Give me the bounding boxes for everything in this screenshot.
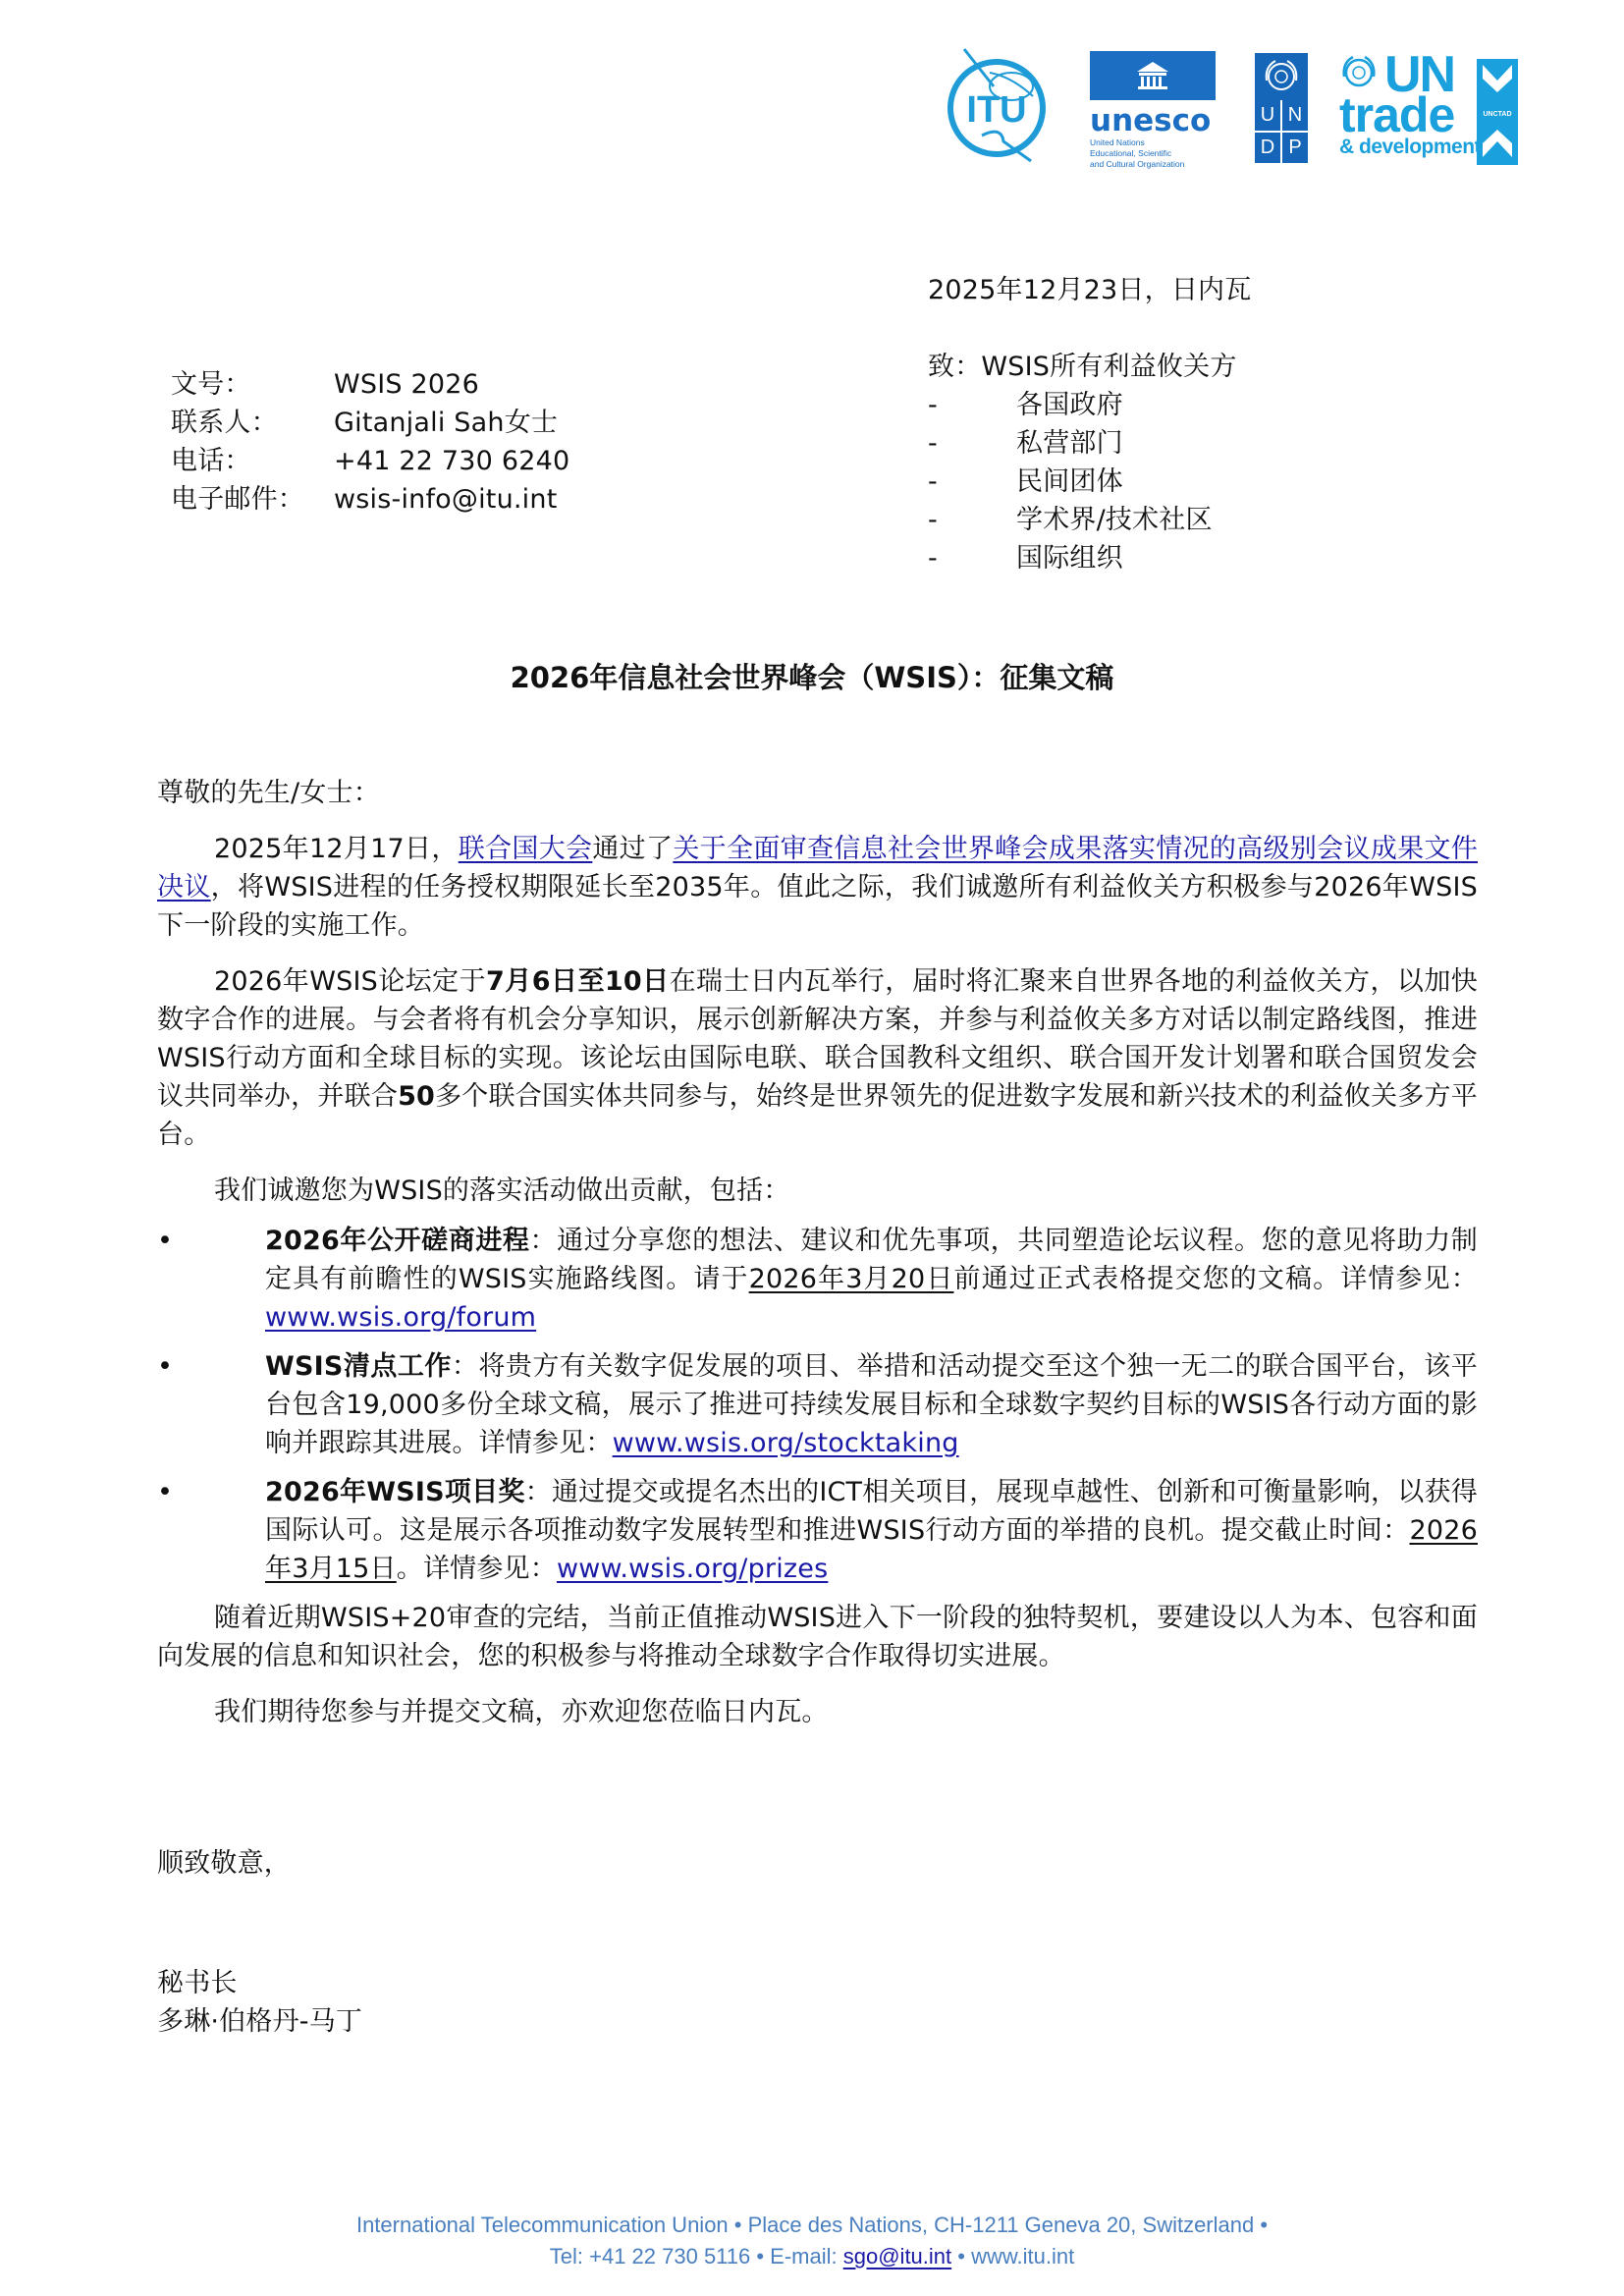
list-item-open-consultation: •2026年公开磋商进程：通过分享您的想法、建议和优先事项，共同塑造论坛议程。您…: [157, 1222, 1478, 1337]
deadline-date: 2026年3月20日: [749, 1264, 954, 1294]
paragraph-resolution: 2025年12月17日，联合国大会通过了关于全面审查信息社会世界峰会成果落实情况…: [157, 830, 1478, 945]
svg-text:ITU: ITU: [966, 89, 1026, 131]
svg-text:UNCTAD: UNCTAD: [1483, 111, 1511, 118]
bullet-icon: •: [157, 1473, 173, 1511]
contact-phone: +41 22 730 6240: [334, 442, 569, 480]
paragraph-invitation: 我们诚邀您为WSIS的落实活动做出贡献，包括：: [157, 1172, 1478, 1210]
un-emblem-icon: [1339, 53, 1379, 92]
un-emblem-icon: [1262, 57, 1301, 96]
phone-row: 电话： +41 22 730 6240: [171, 442, 569, 480]
paragraph-closing: 我们期待您参与并提交文稿，亦欢迎您莅临日内瓦。: [157, 1693, 1478, 1731]
unctad-badge: UNCTAD: [1477, 59, 1518, 165]
recipient-item: -私营部门: [928, 424, 1237, 463]
letterhead-footer: International Telecommunication Union • …: [0, 2210, 1624, 2272]
letter-body: 尊敬的先生/女士： 2025年12月17日，联合国大会通过了关于全面审查信息社会…: [157, 774, 1478, 1731]
contact-row: 联系人： Gitanjali Sah女士: [171, 404, 569, 442]
reference-number: WSIS 2026: [334, 365, 479, 404]
letter-date: 2025年12月23日，日内瓦: [928, 271, 1251, 309]
un-general-assembly-link[interactable]: 联合国大会: [459, 834, 593, 864]
prizes-link[interactable]: www.wsis.org/prizes: [557, 1554, 828, 1584]
signatory-name: 多琳·伯格丹-马丁: [157, 2002, 362, 2041]
contribution-list: •2026年公开磋商进程：通过分享您的想法、建议和优先事项，共同塑造论坛议程。您…: [157, 1222, 1478, 1588]
signature-block: 秘书长 多琳·伯格丹-马丁: [157, 1964, 362, 2041]
signatory-title: 秘书长: [157, 1964, 362, 2002]
recipient-item: -民间团体: [928, 463, 1237, 501]
itu-logo-icon: ITU: [943, 47, 1051, 165]
recipient-item: -国际组织: [928, 539, 1237, 577]
contact-name: Gitanjali Sah女士: [334, 404, 558, 442]
list-item-stocktaking: •WSIS清点工作：将贵方有关数字促发展的项目、举措和活动提交至这个独一无二的联…: [157, 1347, 1478, 1462]
undp-logo: U N D P: [1255, 53, 1308, 163]
stocktaking-link[interactable]: www.wsis.org/stocktaking: [613, 1428, 959, 1458]
list-item-prizes: •2026年WSIS项目奖：通过提交或提名杰出的ICT相关项目，展现卓越性、创新…: [157, 1473, 1478, 1588]
paragraph-forum: 2026年WSIS论坛定于7月6日至10日在瑞士日内瓦举行，届时将汇聚来自世界各…: [157, 962, 1478, 1154]
recipients-heading: 致：WSIS所有利益攸关方: [928, 348, 1237, 386]
footer-email-link[interactable]: sgo@itu.int: [843, 2244, 951, 2269]
bullet-icon: •: [157, 1222, 173, 1260]
reference-row: 文号： WSIS 2026: [171, 365, 569, 404]
unesco-temple-icon: [1090, 51, 1216, 100]
footer-contact: Tel: +41 22 730 5116 • E-mail: sgo@itu.i…: [0, 2241, 1624, 2272]
email-row: 电子邮件： wsis-info@itu.int: [171, 480, 569, 519]
closing-phrase: 顺致敬意，: [157, 1844, 291, 1883]
footer-address: International Telecommunication Union • …: [0, 2210, 1624, 2241]
contact-email: wsis-info@itu.int: [334, 480, 557, 519]
forum-link[interactable]: www.wsis.org/forum: [265, 1302, 536, 1333]
unesco-logo: unesco United Nations Educational, Scien…: [1090, 51, 1216, 170]
paragraph-wsis20: 随着近期WSIS+20审查的完结，当前正值推动WSIS进入下一阶段的独特契机，要…: [157, 1599, 1478, 1675]
recipient-item: -学术界/技术社区: [928, 501, 1237, 539]
forum-dates: 7月6日至10日: [486, 966, 670, 997]
letter-title: 2026年信息社会世界峰会（WSIS）：征集文稿: [0, 656, 1624, 696]
recipients-block: 致：WSIS所有利益攸关方 -各国政府 -私营部门 -民间团体 -学术界/技术社…: [928, 348, 1237, 577]
recipient-item: -各国政府: [928, 386, 1237, 424]
reference-block: 文号： WSIS 2026 联系人： Gitanjali Sah女士 电话： +…: [171, 365, 569, 519]
salutation: 尊敬的先生/女士：: [157, 774, 1478, 812]
unctad-logo: UN trade & development UNCTAD: [1339, 55, 1516, 163]
bullet-icon: •: [157, 1347, 173, 1386]
